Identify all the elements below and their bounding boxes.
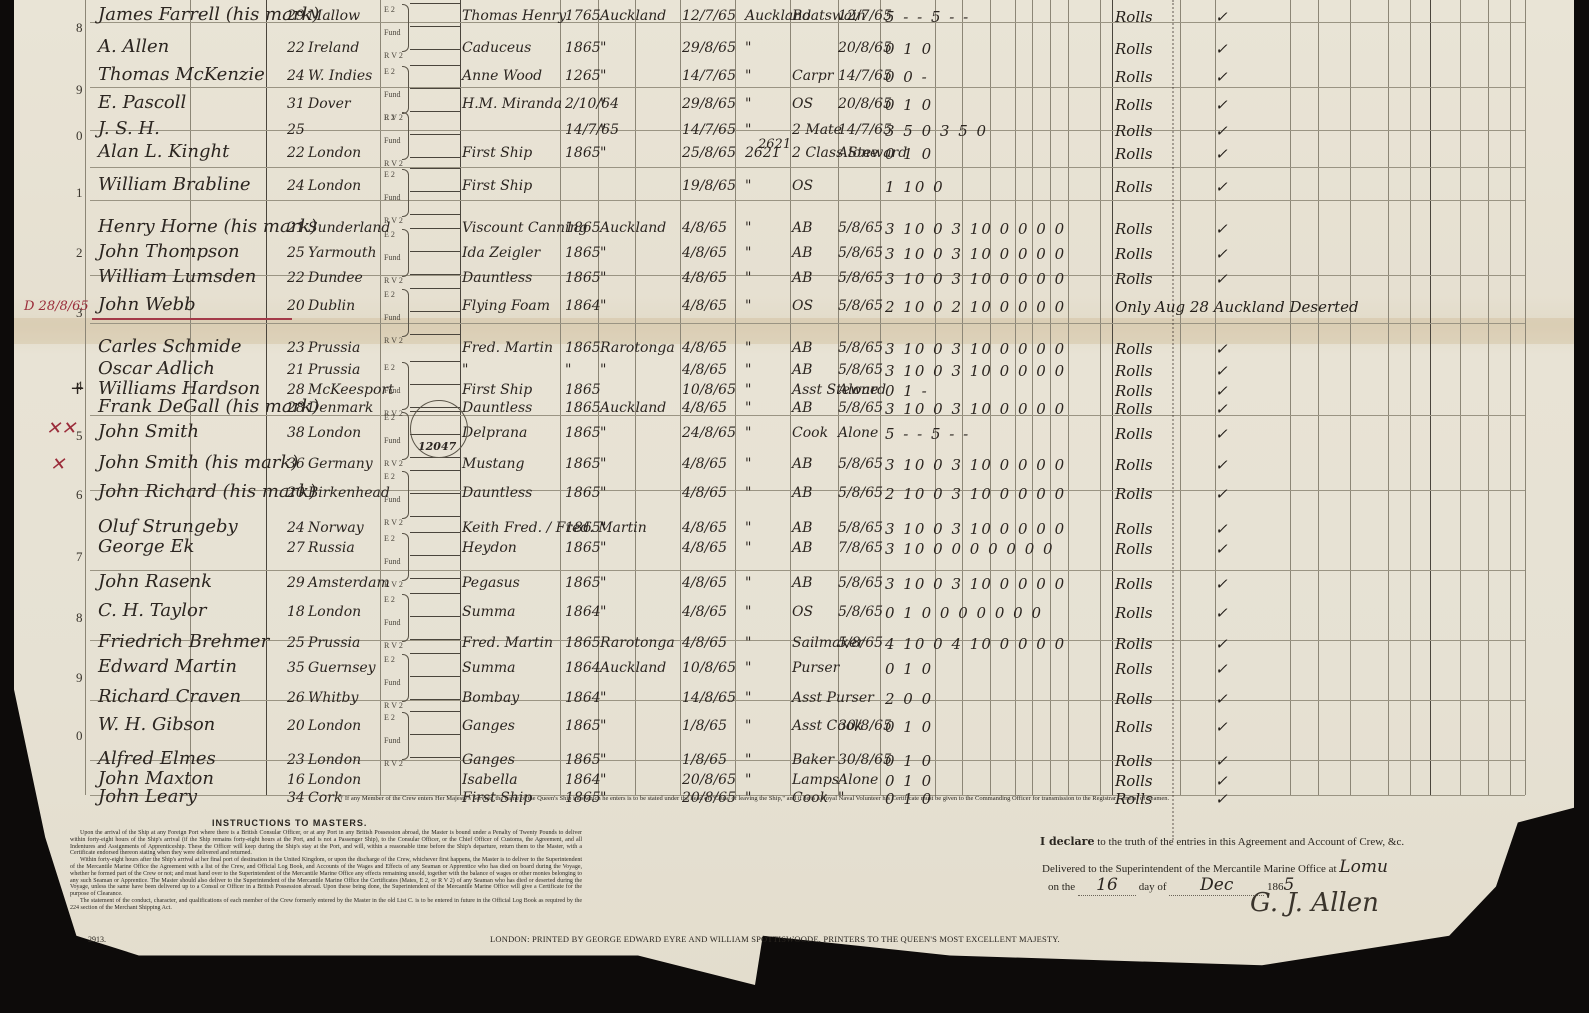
grid-vline [680,0,681,795]
crew-age: 28 [287,400,305,416]
crew-wages: 0 1 0 [885,660,933,678]
release-label-rv2: R V 2 [384,329,403,352]
crew-check-mark: ✓ [1215,145,1228,163]
release-label-fund: Fund [384,21,403,44]
release-label-fund: Fund [384,729,403,752]
crew-ship-port: " [600,575,606,591]
crew-ship-year: 1865 [565,456,601,472]
crew-birthplace: Prussia [308,362,360,378]
release-bracket: E 2FundR V 2 [384,0,403,67]
crew-check-mark: ✓ [1215,178,1228,196]
crew-signature: Rolls [1115,96,1153,114]
crew-name: John Richard (his mark) [98,481,316,502]
row-number: 9 [76,670,83,686]
crew-wages: 3 10 0 3 10 0 0 0 0 [885,400,1066,418]
crew-wages: 2 0 0 [885,690,933,708]
crew-check-mark: ✓ [1215,96,1228,114]
crew-joined-place: " [745,362,751,378]
release-line [410,168,460,169]
crew-age: 24 [287,68,305,84]
brace [402,4,409,52]
deserter-underline [92,318,292,320]
crew-last-ship: Heydon [462,540,517,556]
crew-check-mark: ✓ [1215,635,1228,653]
crew-date-joined: 19/8/65 [682,178,736,194]
crew-check-mark: ✓ [1215,485,1228,503]
crew-age: 25 [287,122,305,138]
release-bracket: E 2FundR V 2 [384,706,403,775]
crew-last-ship: Dauntless [462,485,532,501]
crew-age: 29 [287,8,305,24]
brace [402,229,409,277]
crew-check-mark: ✓ [1215,772,1228,790]
crew-capacity: AB [792,456,812,472]
footnote: † If any Member of the Crew enters Her M… [340,795,1169,802]
release-line [410,111,460,112]
release-line [410,251,460,252]
crew-age: 35 [287,660,305,676]
crew-ship-year: 2/10/64 [565,96,619,112]
release-label-fund: Fund [384,671,403,694]
instructions-title: INSTRUCTIONS TO MASTERS. [212,818,367,828]
row-number: 1 [76,185,83,201]
release-label-e2: E 2 [384,588,403,611]
release-line [410,616,460,617]
crew-wages: 3 10 0 3 10 0 0 0 0 [885,456,1066,474]
release-line [410,49,460,50]
crew-wages: 0 1 0 [885,40,933,58]
register-number: 2621 [758,137,791,152]
crew-capacity: OS [792,298,813,314]
crew-ship-year: 1865 [565,382,601,398]
brace [402,66,409,114]
instructions-body: Upon the arrival of the Ship at any Fore… [70,830,582,912]
crew-date-joined: 4/8/65 [682,220,727,236]
crew-check-mark: ✓ [1215,340,1228,358]
crew-ship-year: 1265 [565,68,601,84]
crew-wages: 0 0 - [885,68,929,86]
crew-date-left: 14/7/65 [838,122,892,138]
crew-last-ship: Flying Foam [462,298,550,314]
grid-vline [962,0,963,795]
release-label-fund: Fund [384,186,403,209]
crew-name: Friedrich Brehmer [98,631,269,652]
crew-date-left: 5/8/65 [838,362,883,378]
grid-hline [90,323,1525,324]
release-line [410,311,460,312]
crew-birthplace: Cork [308,790,342,806]
crew-joined-place: " [745,245,751,261]
release-line [410,711,460,712]
crew-check-mark: ✓ [1215,425,1228,443]
crew-name: Edward Martin [98,656,237,677]
crew-signature: Rolls [1115,145,1153,163]
crew-ship-port: " [600,718,606,734]
crew-last-ship: " [462,362,468,378]
crew-date-left: Alone [838,772,878,788]
crew-date-left: 5/8/65 [838,635,883,651]
crew-capacity: AB [792,540,812,556]
cross-mark-1: ✕✕ [46,418,76,439]
brace [402,169,409,217]
crew-ship-year: 1864 [565,298,601,314]
release-label-fund: Fund [384,550,403,573]
crew-signature: Rolls [1115,178,1153,196]
crew-age: 22 [287,270,305,286]
grid-vline [1032,0,1033,795]
crew-wages: 0 1 0 [885,145,933,163]
grid-vline [1460,0,1461,795]
crew-date-joined: 29/8/65 [682,96,736,112]
crew-joined-place: " [745,178,751,194]
grid-vline [1050,0,1051,795]
release-line [410,578,460,579]
crew-name: William Lumsden [98,266,256,287]
crew-last-ship: Thomas Henry [462,8,566,24]
crew-last-ship: Dauntless [462,400,532,416]
crew-ship-year: 1865 [565,635,601,651]
crew-last-ship: Summa [462,604,516,620]
crew-date-left: 30/8/65 [838,752,892,768]
crew-wages: 3 10 0 3 10 0 0 0 0 [885,245,1066,263]
crew-date-left: 5/8/65 [838,456,883,472]
release-bracket: E 2FundR V 2 [384,283,403,352]
crew-joined-place: " [745,400,751,416]
row-number: 6 [76,487,83,503]
release-label-e2: E 2 [384,163,403,186]
crew-joined-place: " [745,660,751,676]
crew-capacity: OS [792,178,813,194]
crew-capacity: Carpr [792,68,833,84]
cross-mark-2: ✕ [50,454,65,475]
crew-capacity: AB [792,485,812,501]
crew-joined-place: " [745,718,751,734]
crew-ship-port: " [600,245,606,261]
crew-ship-port: " [600,520,606,536]
grid-vline [85,0,86,795]
brace [402,471,409,519]
crew-check-mark: ✓ [1215,456,1228,474]
deserted-annotation: D 28/8/65 [24,300,89,313]
crew-birthplace: London [308,604,361,620]
crew-wages: 3 10 0 3 10 0 0 0 0 [885,220,1066,238]
crew-age: 18 [287,604,305,620]
release-label-fund: Fund [384,611,403,634]
crew-last-ship: Fred. Martin [462,635,553,651]
signature-column-scribble [1172,0,1176,840]
crew-signature: Rolls [1115,382,1153,400]
crew-birthplace: Germany [308,456,373,472]
crew-last-ship: First Ship [462,145,532,161]
release-line [410,470,460,471]
crew-ship-port: " [600,298,606,314]
crew-birthplace: Dublin [308,298,355,314]
crew-name: John Webb [98,294,196,315]
crew-joined-place: " [745,68,751,84]
crew-last-ship: Ganges [462,718,515,734]
crew-check-mark: ✓ [1215,400,1228,418]
brace [402,112,409,160]
crew-signature: Rolls [1115,68,1153,86]
grid-vline [1488,0,1489,795]
crew-birthplace: London [308,772,361,788]
crew-capacity: AB [792,520,812,536]
release-line [410,516,460,517]
crew-age: 34 [287,790,305,806]
crew-signature: Rolls [1115,220,1153,238]
crew-capacity: Baker [792,752,834,768]
printer-imprint: LONDON: PRINTED BY GEORGE EDWARD EYRE AN… [490,934,1060,944]
crew-date-left: 5/8/65 [838,245,883,261]
release-line [410,532,460,533]
crew-ship-port: " [600,40,606,56]
crew-wages: 3 10 0 3 10 0 0 0 0 [885,362,1066,380]
crew-last-ship: Mustang [462,456,525,472]
brace [402,412,409,460]
crew-ship-port: Auckland [600,8,666,24]
crew-date-joined: 24/8/65 [682,425,736,441]
release-line [410,3,460,4]
instructions-paragraph: Upon the arrival of the Ship at any Fore… [70,830,582,857]
crew-wages: 3 10 0 3 10 0 0 0 0 [885,575,1066,593]
release-label-e2: E 2 [384,0,403,21]
crew-date-joined: 4/8/65 [682,604,727,620]
grid-hline [90,570,1525,571]
crew-capacity: AB [792,245,812,261]
crew-ship-year: " [565,362,571,378]
declaration: I declare to the truth of the entries in… [1040,835,1404,848]
crew-signature: Rolls [1115,122,1153,140]
crew-signature: Rolls [1115,604,1153,622]
grid-vline [1430,0,1431,795]
crew-signature: Rolls [1115,718,1153,736]
crew-capacity: Cook [792,425,828,441]
crew-signature: Rolls [1115,425,1153,443]
crew-capacity: AB [792,362,812,378]
office-location: Lomu [1339,857,1388,877]
release-label-fund: Fund [384,429,403,452]
crew-ship-port: Auckland [600,400,666,416]
crew-joined-place: " [745,690,751,706]
crew-signature: Rolls [1115,340,1153,358]
crew-date-left: 7/8/65 [838,540,883,556]
crew-joined-place: " [745,456,751,472]
grid-vline [990,0,991,795]
crew-date-joined: 25/8/65 [682,145,736,161]
row-number: 0 [76,728,83,744]
crew-signature: Rolls [1115,752,1153,770]
crew-wages: 0 1 0 0 0 0 0 0 0 [885,604,1043,622]
grid-vline [560,0,561,795]
crew-signature: Rolls [1115,245,1153,263]
release-line [410,361,460,362]
crew-date-left: 20/8/65 [838,96,892,112]
crew-birthplace: W. Indies [308,68,372,84]
release-label-e2: E 2 [384,406,403,429]
crew-check-mark: ✓ [1215,604,1228,622]
crew-birthplace: Guernsey [308,660,376,676]
crew-capacity: AB [792,340,812,356]
crew-capacity: OS [792,604,813,620]
crew-date-left: 5/8/65 [838,298,883,314]
crew-joined-place: " [745,122,751,138]
crew-date-joined: 1/8/65 [682,752,727,768]
crew-wages: 4 10 0 4 10 0 0 0 0 [885,635,1066,653]
crew-date-left: 14/7/65 [838,68,892,84]
crew-date-joined: 10/8/65 [682,660,736,676]
crew-age: 22 [287,40,305,56]
crew-birthplace: London [308,752,361,768]
crew-ship-port: " [600,68,606,84]
crew-birthplace: Dover [308,96,351,112]
crew-name: Richard Craven [98,686,241,707]
release-line [410,65,460,66]
declaration-lead: I declare [1040,835,1094,848]
crew-signature: Rolls [1115,400,1153,418]
crew-age: 16 [287,772,305,788]
crew-last-ship: Dauntless [462,270,532,286]
grid-vline [1350,0,1351,795]
on-the-label: on the [1048,881,1075,893]
crew-last-ship: Ganges [462,752,515,768]
crew-ship-port: " [600,145,606,161]
crew-wages: 0 1 0 [885,718,933,736]
crew-check-mark: ✓ [1215,660,1228,678]
crew-signature: Rolls [1115,660,1153,678]
crew-ship-port: " [600,485,606,501]
crew-ship-port: " [600,122,606,138]
crew-date-left: 5/8/65 [838,485,883,501]
crew-capacity: OS [792,96,813,112]
release-line [410,653,460,654]
grid-vline [1525,0,1526,795]
crew-signature: Rolls [1115,40,1153,58]
crew-date-joined: 10/8/65 [682,382,736,398]
release-line [410,288,460,289]
grid-vline [1510,0,1511,795]
release-line [410,26,460,27]
crew-birthplace: Whitby [308,690,358,706]
row-number: 0 [76,128,83,144]
crew-check-mark: ✓ [1215,575,1228,593]
crew-check-mark: ✓ [1215,270,1228,288]
crew-wages: 5 - - 5 - - [885,425,970,443]
crew-date-left: 5/8/65 [838,400,883,416]
crew-ship-year: 1865 [565,718,601,734]
crew-name: Thomas McKenzie [98,64,265,85]
crew-wages: 2 10 0 2 10 0 0 0 0 [885,298,1066,316]
crew-ship-year: 14/7/65 [565,122,619,138]
crew-ship-year: 1865 [565,340,601,356]
release-line [410,134,460,135]
crew-ship-year: 1865 [565,520,601,536]
crew-name: Carles Schmide [98,336,241,357]
crew-birthplace: London [308,718,361,734]
crew-birthplace: Sunderland [308,220,390,236]
crew-wages: 5 - - 5 - - [885,8,970,26]
crew-last-ship: H.M. Miranda [462,96,562,112]
brace [402,362,409,410]
crew-age: 36 [287,456,305,472]
crew-ship-port: " [600,456,606,472]
delivered-line: Delivered to the Superintendent of the M… [1042,857,1388,877]
crew-date-joined: 4/8/65 [682,575,727,591]
crew-last-ship: Anne Wood [462,68,542,84]
crew-ship-port: " [600,752,606,768]
release-line [410,639,460,640]
crew-name: J. S. H. [98,118,160,139]
crew-birthplace: London [308,178,361,194]
release-line [410,214,460,215]
crew-date-left: 5/8/65 [838,270,883,286]
form-number: 2913. [88,935,106,944]
master-signature: G. J. Allen [1250,888,1379,918]
crew-ship-port: " [600,690,606,706]
instructions-paragraph: Within forty-eight hours after the Ship'… [70,857,582,898]
grid-vline [1410,0,1411,795]
crew-ship-port: " [600,96,606,112]
crew-check-mark: ✓ [1215,790,1228,808]
crew-ship-year: 1865 [565,400,601,416]
crew-joined-place: " [745,752,751,768]
crew-signature: Only Aug 28 Auckland Deserted [1115,298,1359,316]
crew-name: Alfred Elmes [98,748,216,769]
crew-check-mark: ✓ [1215,8,1228,26]
release-line [410,274,460,275]
crew-last-ship: Keith Fred. / Fred. Martin [462,520,647,536]
crew-birthplace: Birkenhead [308,485,390,501]
crew-age: 38 [287,425,305,441]
crew-check-mark: ✓ [1215,752,1228,770]
crew-date-joined: 12/7/65 [682,8,736,24]
crew-joined-place: " [745,340,751,356]
crew-joined-place: " [745,40,751,56]
crew-date-left: 5/8/65 [838,604,883,620]
release-label-e2: E 2 [384,283,403,306]
crew-date-left: Alone [838,382,878,398]
crew-birthplace: Prussia [308,635,360,651]
crew-wages: 3 10 0 0 0 0 0 0 0 [885,540,1055,558]
grid-vline [1112,0,1113,795]
crew-birthplace: Amsterdam [308,575,390,591]
crew-date-joined: 14/7/65 [682,122,736,138]
crew-name: Oscar Adlich [98,358,215,379]
crew-last-ship: Bombay [462,690,519,706]
crew-date-joined: 4/8/65 [682,520,727,536]
crew-wages: 1 10 0 [885,178,945,196]
crew-date-left: 12/7/65 [838,8,892,24]
crew-age: 21 [287,362,305,378]
release-line [410,228,460,229]
crew-birthplace: Prussia [308,340,360,356]
release-line [410,384,460,385]
crew-joined-place: " [745,96,751,112]
crew-capacity: Purser [792,660,839,676]
crew-date-joined: 20/8/65 [682,772,736,788]
crew-ship-year: 1765 [565,8,601,24]
crew-ship-year: 1864 [565,660,601,676]
crew-check-mark: ✓ [1215,245,1228,263]
crew-age: 23 [287,340,305,356]
crew-signature: Rolls [1115,456,1153,474]
crew-capacity: AB [792,270,812,286]
crew-date-joined: 4/8/65 [682,245,727,261]
crew-signature: Rolls [1115,635,1153,653]
crew-date-joined: 14/7/65 [682,68,736,84]
brace [402,594,409,642]
crew-age: 21 [287,220,305,236]
crew-last-ship: Delprana [462,425,527,441]
